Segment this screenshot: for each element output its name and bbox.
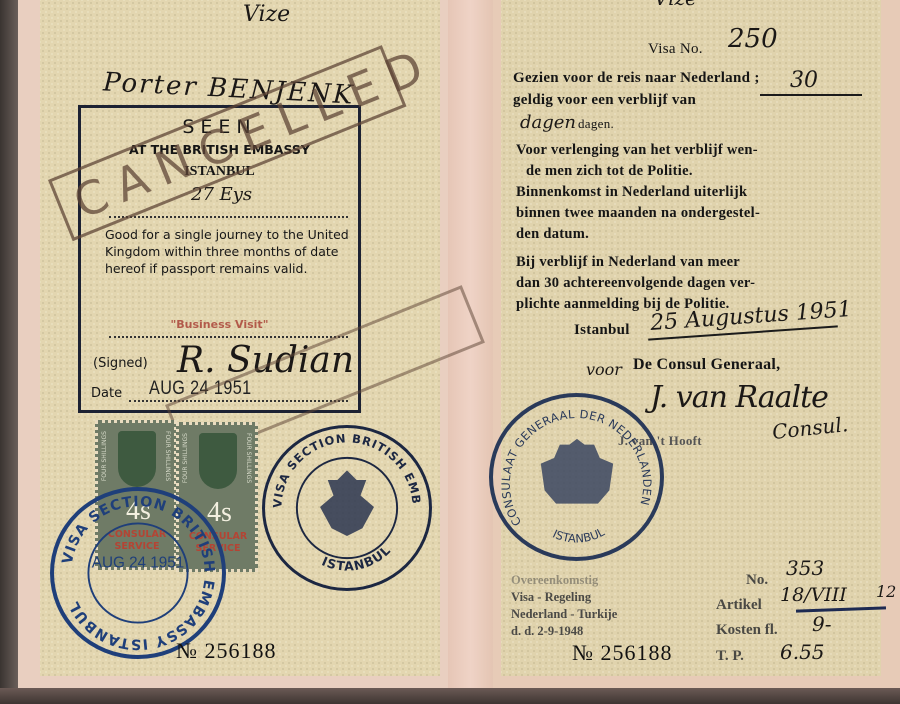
days-underline [760,94,862,96]
no-label: No. [746,572,768,589]
svg-text:AUG 24 1951: AUG 24 1951 [92,554,184,571]
king-portrait-icon [199,433,237,489]
paragraph-line: den datum. [516,224,862,245]
paragraph-line: binnen twee maanden na ondergestel- [516,203,862,224]
visa-number: 250 [728,24,778,54]
dotted-line [109,216,348,218]
signatory-title: De Consul Generaal, [633,356,780,374]
extension-paragraph: Voor verlenging van het verblijf wen- de… [516,140,862,245]
right-serial-number: № 256188 [572,640,673,666]
svg-text:ISTANBUL: ISTANBUL [320,542,394,574]
right-page-heading: Vize [654,0,697,10]
artikel-label: Artikel [716,597,762,614]
no-value: 353 [786,556,824,580]
stamp-side-text: FOUR SHILLINGS [245,433,252,483]
svg-text:VISA SECTION BRITISH EMBASSY I: VISA SECTION BRITISH EMBASSY ISTANBUL [60,494,217,652]
seen-purpose: "Business Visit" [81,318,358,331]
on-behalf-handwritten: voor [586,360,622,379]
seen-validity-text: Good for a single journey to the United … [105,226,355,277]
validity-line-2: geldig voor een verblijf van [513,92,696,109]
days-unit-handwritten: dagen [520,112,576,133]
consulate-seal-ring: CONSULAAT GENERAAL DER NEDERLANDEN ISTAN… [493,397,660,557]
paragraph-line: Binnenkomst in Nederland uiterlijk [516,182,862,203]
consulate-seal-stamp: CONSULAAT GENERAAL DER NEDERLANDEN ISTAN… [489,393,664,561]
left-page-heading: Vize [243,2,290,27]
signed-label: (Signed) [93,356,148,371]
passport-cover-edge [0,0,18,704]
regulation-footer: Overeenkomstig Visa - Regeling Nederland… [511,572,617,640]
visa-no-label: Visa No. [648,41,703,58]
dotted-line [109,336,348,338]
kosten-value: 9- [812,612,831,636]
footer-line: d. d. 2-9-1948 [511,623,617,640]
paragraph-line: dan 30 achtereenvolgende dagen ver- [516,273,862,294]
days-unit: dagen. [578,116,614,132]
artikel-value: 18/VIII [780,584,847,606]
artikel-extra: 12 [876,582,896,601]
stamp-side-text: FOUR SHILLINGS [101,431,108,481]
kosten-label: Kosten fl. [716,622,778,639]
svg-text:ISTANBUL: ISTANBUL [551,524,608,545]
embassy-seal-ring: VISA SECTION BRITISH EMBASSY ISTANBUL [265,428,429,588]
paragraph-line: Voor verlenging van het verblijf wen- [516,140,862,161]
validity-line-1: Gezien voor de reis naar Nederland ; [513,70,760,87]
footer-line: Overeenkomstig [511,572,617,589]
dated-cancel-ring: VISA SECTION BRITISH EMBASSY ISTANBUL AU… [54,491,222,655]
paragraph-line: de men zich tot de Politie. [516,161,862,182]
tp-label: T. P. [716,648,744,665]
king-portrait-icon [118,431,156,487]
tp-value: 6.55 [780,640,825,664]
date-label: Date [91,386,122,401]
footer-line: Visa - Regeling [511,589,617,606]
paragraph-line: Bij verblijf in Nederland van meer [516,252,862,273]
passport-spread: Vize Porter BENJENK SEEN AT THE BRITISH … [0,0,900,704]
consul-signature: J. van Raalte [650,380,828,415]
days-handwritten: 30 [790,68,818,93]
dated-cancel-stamp: VISA SECTION BRITISH EMBASSY ISTANBUL AU… [50,487,226,659]
passport-bottom-edge [0,688,900,704]
embassy-seal-stamp: VISA SECTION BRITISH EMBASSY ISTANBUL [262,425,432,591]
place-label: Istanbul [574,322,630,339]
footer-line: Nederland - Turkije [511,606,617,623]
stamp-side-text: FOUR SHILLINGS [182,433,189,483]
stamp-side-text: FOUR SHILLINGS [164,431,171,481]
left-serial-number: № 256188 [176,638,277,664]
